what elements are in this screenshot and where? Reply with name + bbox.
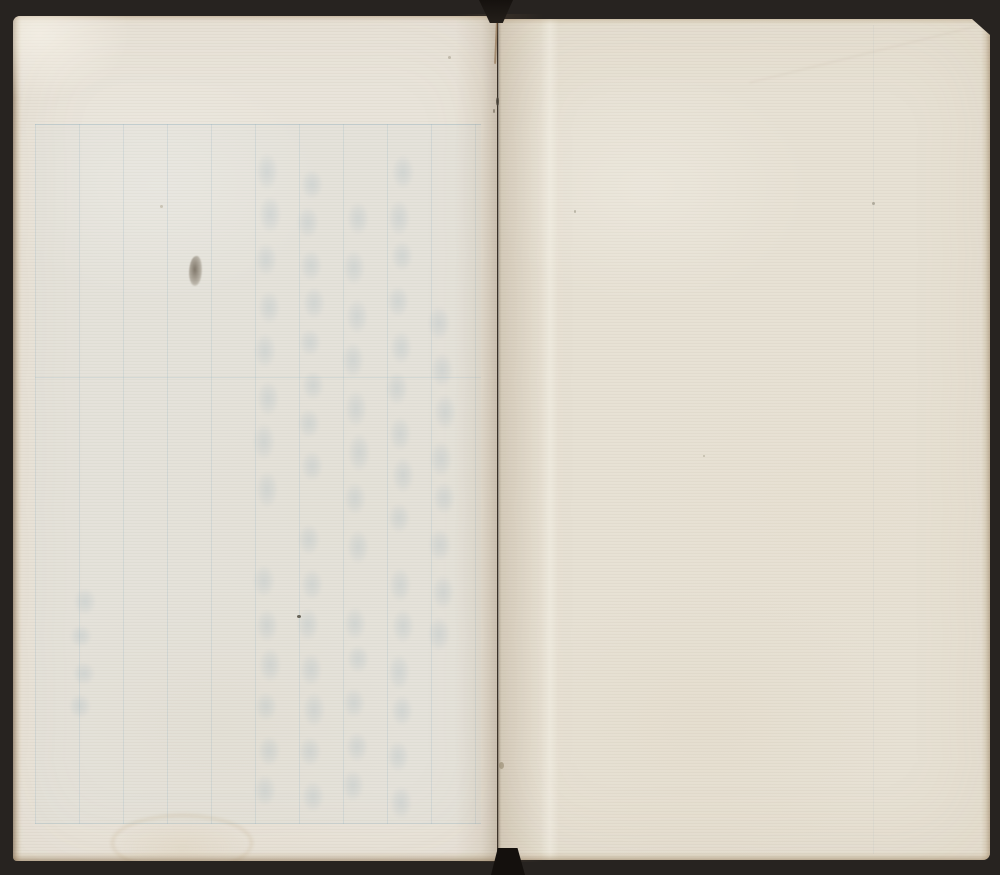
- ghost-glyph: [300, 250, 322, 281]
- ghost-glyph: [342, 770, 364, 801]
- ghost-glyph: [254, 333, 276, 368]
- paper-speck: [872, 202, 875, 205]
- ghost-glyph: [74, 588, 96, 615]
- ghost-glyph: [297, 608, 319, 641]
- ghost-glyph: [392, 609, 414, 644]
- ghost-glyph: [259, 648, 281, 682]
- ghost-glyph: [388, 200, 410, 235]
- ghost-glyph: [298, 409, 320, 438]
- gutter-crease-bottom: [498, 700, 499, 850]
- ghost-glyph: [387, 741, 409, 773]
- ghost-glyph: [255, 243, 277, 276]
- ghost-glyph: [391, 241, 413, 271]
- paper-speck: [703, 455, 705, 457]
- ghost-glyph: [346, 299, 368, 334]
- ghost-glyph: [73, 662, 95, 685]
- ghost-glyph: [256, 153, 278, 190]
- paper-speck: [297, 615, 301, 618]
- ghost-glyph: [255, 692, 277, 721]
- corner-wear: [13, 16, 173, 146]
- ghost-glyph: [256, 471, 278, 509]
- left-page: [13, 16, 497, 861]
- ghost-glyph: [387, 286, 409, 317]
- ghost-glyph: [297, 207, 319, 237]
- ghost-glyph: [259, 196, 281, 234]
- ghost-glyph: [302, 781, 324, 812]
- ghost-glyph: [391, 695, 413, 726]
- ghost-glyph: [345, 390, 367, 427]
- ghost-glyph: [431, 353, 453, 388]
- ghost-text-column: [389, 154, 411, 544]
- gutter-highlight-band: [541, 19, 559, 860]
- ghost-glyph: [69, 694, 91, 718]
- ghost-text-column: [345, 604, 367, 810]
- ghost-glyph: [348, 433, 370, 471]
- ghost-glyph: [388, 503, 410, 533]
- ghost-glyph: [386, 372, 408, 405]
- right-page: [499, 19, 990, 860]
- ghost-glyph: [434, 394, 456, 430]
- ghost-glyph: [299, 737, 321, 767]
- ghost-glyph: [70, 625, 92, 647]
- paper-speck: [493, 109, 495, 113]
- ghost-glyph: [390, 331, 412, 363]
- ghost-text-column: [256, 150, 278, 514]
- ghost-glyph: [300, 653, 322, 687]
- ghost-glyph: [254, 775, 276, 806]
- ghost-glyph: [392, 155, 414, 189]
- ghost-glyph: [344, 482, 366, 515]
- ghost-glyph: [432, 575, 454, 609]
- ghost-text-column: [300, 522, 322, 820]
- ghost-text-column: [300, 166, 322, 488]
- ghost-glyph: [430, 441, 452, 478]
- ghost-glyph: [392, 457, 414, 492]
- ghost-glyph: [429, 529, 451, 562]
- ghost-glyph: [343, 250, 365, 284]
- ghost-glyph: [303, 287, 325, 319]
- ghost-glyph: [253, 565, 275, 597]
- gutter-shadow: [455, 14, 543, 862]
- paper-speck: [160, 205, 163, 208]
- ghost-glyph: [389, 417, 411, 451]
- ghost-glyph: [433, 482, 455, 514]
- paper-speck: [499, 762, 504, 769]
- ghost-glyph: [428, 306, 450, 340]
- ghost-glyph: [347, 530, 369, 564]
- paper-speck: [448, 56, 451, 59]
- ghost-glyph: [344, 607, 366, 640]
- ghost-glyph: [257, 381, 279, 417]
- ghost-glyph: [258, 736, 280, 766]
- ghost-glyph: [299, 329, 321, 356]
- ghost-glyph: [258, 291, 280, 325]
- book-scan-scene: [0, 0, 1000, 875]
- ghost-glyph: [346, 732, 368, 762]
- ghost-glyph: [302, 371, 324, 399]
- ghost-glyph: [253, 423, 275, 460]
- ghost-glyph: [298, 524, 320, 555]
- ghost-glyph: [390, 786, 412, 819]
- ghost-glyph: [301, 170, 323, 199]
- ghost-glyph: [347, 202, 369, 235]
- ghost-glyph: [347, 645, 369, 673]
- ghost-glyph: [303, 692, 325, 727]
- ghost-text-column: [71, 588, 93, 728]
- ghost-glyph: [343, 688, 365, 717]
- ghost-glyph: [428, 617, 450, 652]
- ghost-text-column: [256, 564, 278, 816]
- paper-speck: [574, 210, 576, 213]
- ghost-glyph: [342, 342, 364, 378]
- paper-speck: [496, 97, 499, 106]
- ghost-text-column: [345, 202, 367, 572]
- ghost-glyph: [388, 654, 410, 690]
- ghost-glyph: [301, 569, 323, 601]
- ghost-text-column: [389, 564, 411, 826]
- ghost-text-column: [431, 304, 453, 660]
- ghost-glyph: [301, 451, 323, 481]
- ghost-glyph: [389, 568, 411, 602]
- ghost-glyph: [256, 609, 278, 642]
